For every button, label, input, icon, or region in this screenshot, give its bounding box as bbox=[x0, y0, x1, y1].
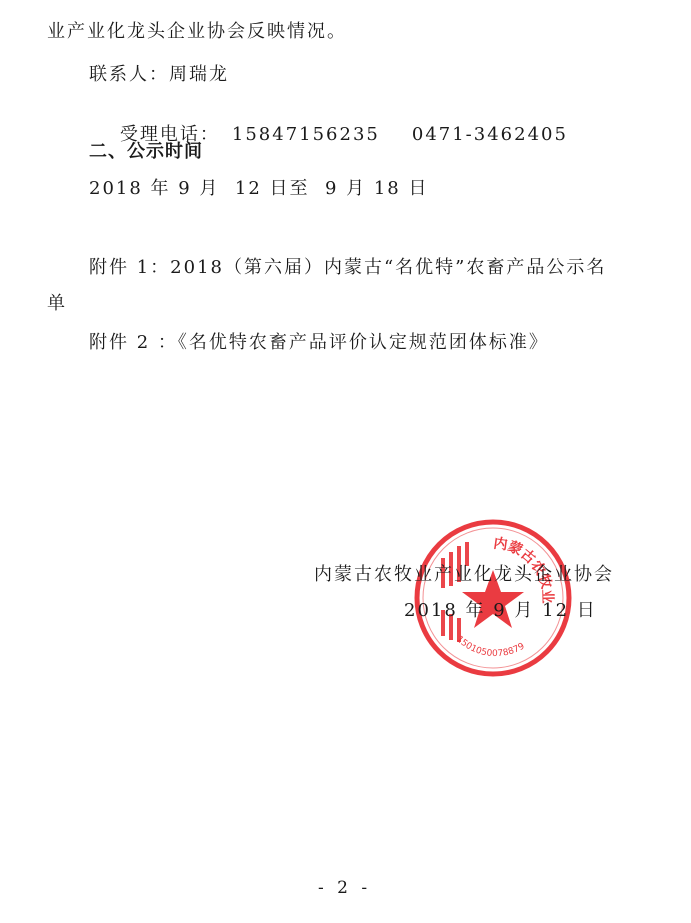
attachment-1-line-2: 单 bbox=[47, 292, 67, 316]
signature-organization: 内蒙古农牧业产业化龙头企业协会 bbox=[314, 563, 614, 587]
paragraph-continuation: 业产业化龙头企业协会反映情况。 bbox=[47, 20, 347, 44]
section-heading-publicity-period: 二、公示时间 bbox=[89, 140, 203, 164]
page-number: - 2 - bbox=[318, 878, 371, 898]
svg-text:内蒙古农牧业产业化龙头企业协会: 内蒙古农牧业产业化龙头企业协会 bbox=[413, 518, 555, 604]
phone-number-2: 0471-3462405 bbox=[412, 124, 568, 145]
attachment-2: 附件 2 ：《名优特农畜产品评价认定规范团体标准》 bbox=[89, 331, 549, 355]
attachment-1-line-1: 附件 1：2018（第六届）内蒙古“名优特”农畜产品公示名 bbox=[89, 256, 606, 280]
official-seal-stamp-icon: 内蒙古农牧业产业化龙头企业协会 1501050078879 bbox=[413, 518, 573, 678]
contact-person: 联系人：周瑞龙 bbox=[89, 63, 229, 87]
publicity-period: 2018 年 9 月 12 日至 9 月 18 日 bbox=[89, 177, 428, 201]
signature-date: 2018 年 9 月 12 日 bbox=[404, 599, 597, 623]
phone-number-1: 15847156235 bbox=[232, 124, 380, 145]
svg-text:1501050078879: 1501050078879 bbox=[454, 634, 527, 659]
